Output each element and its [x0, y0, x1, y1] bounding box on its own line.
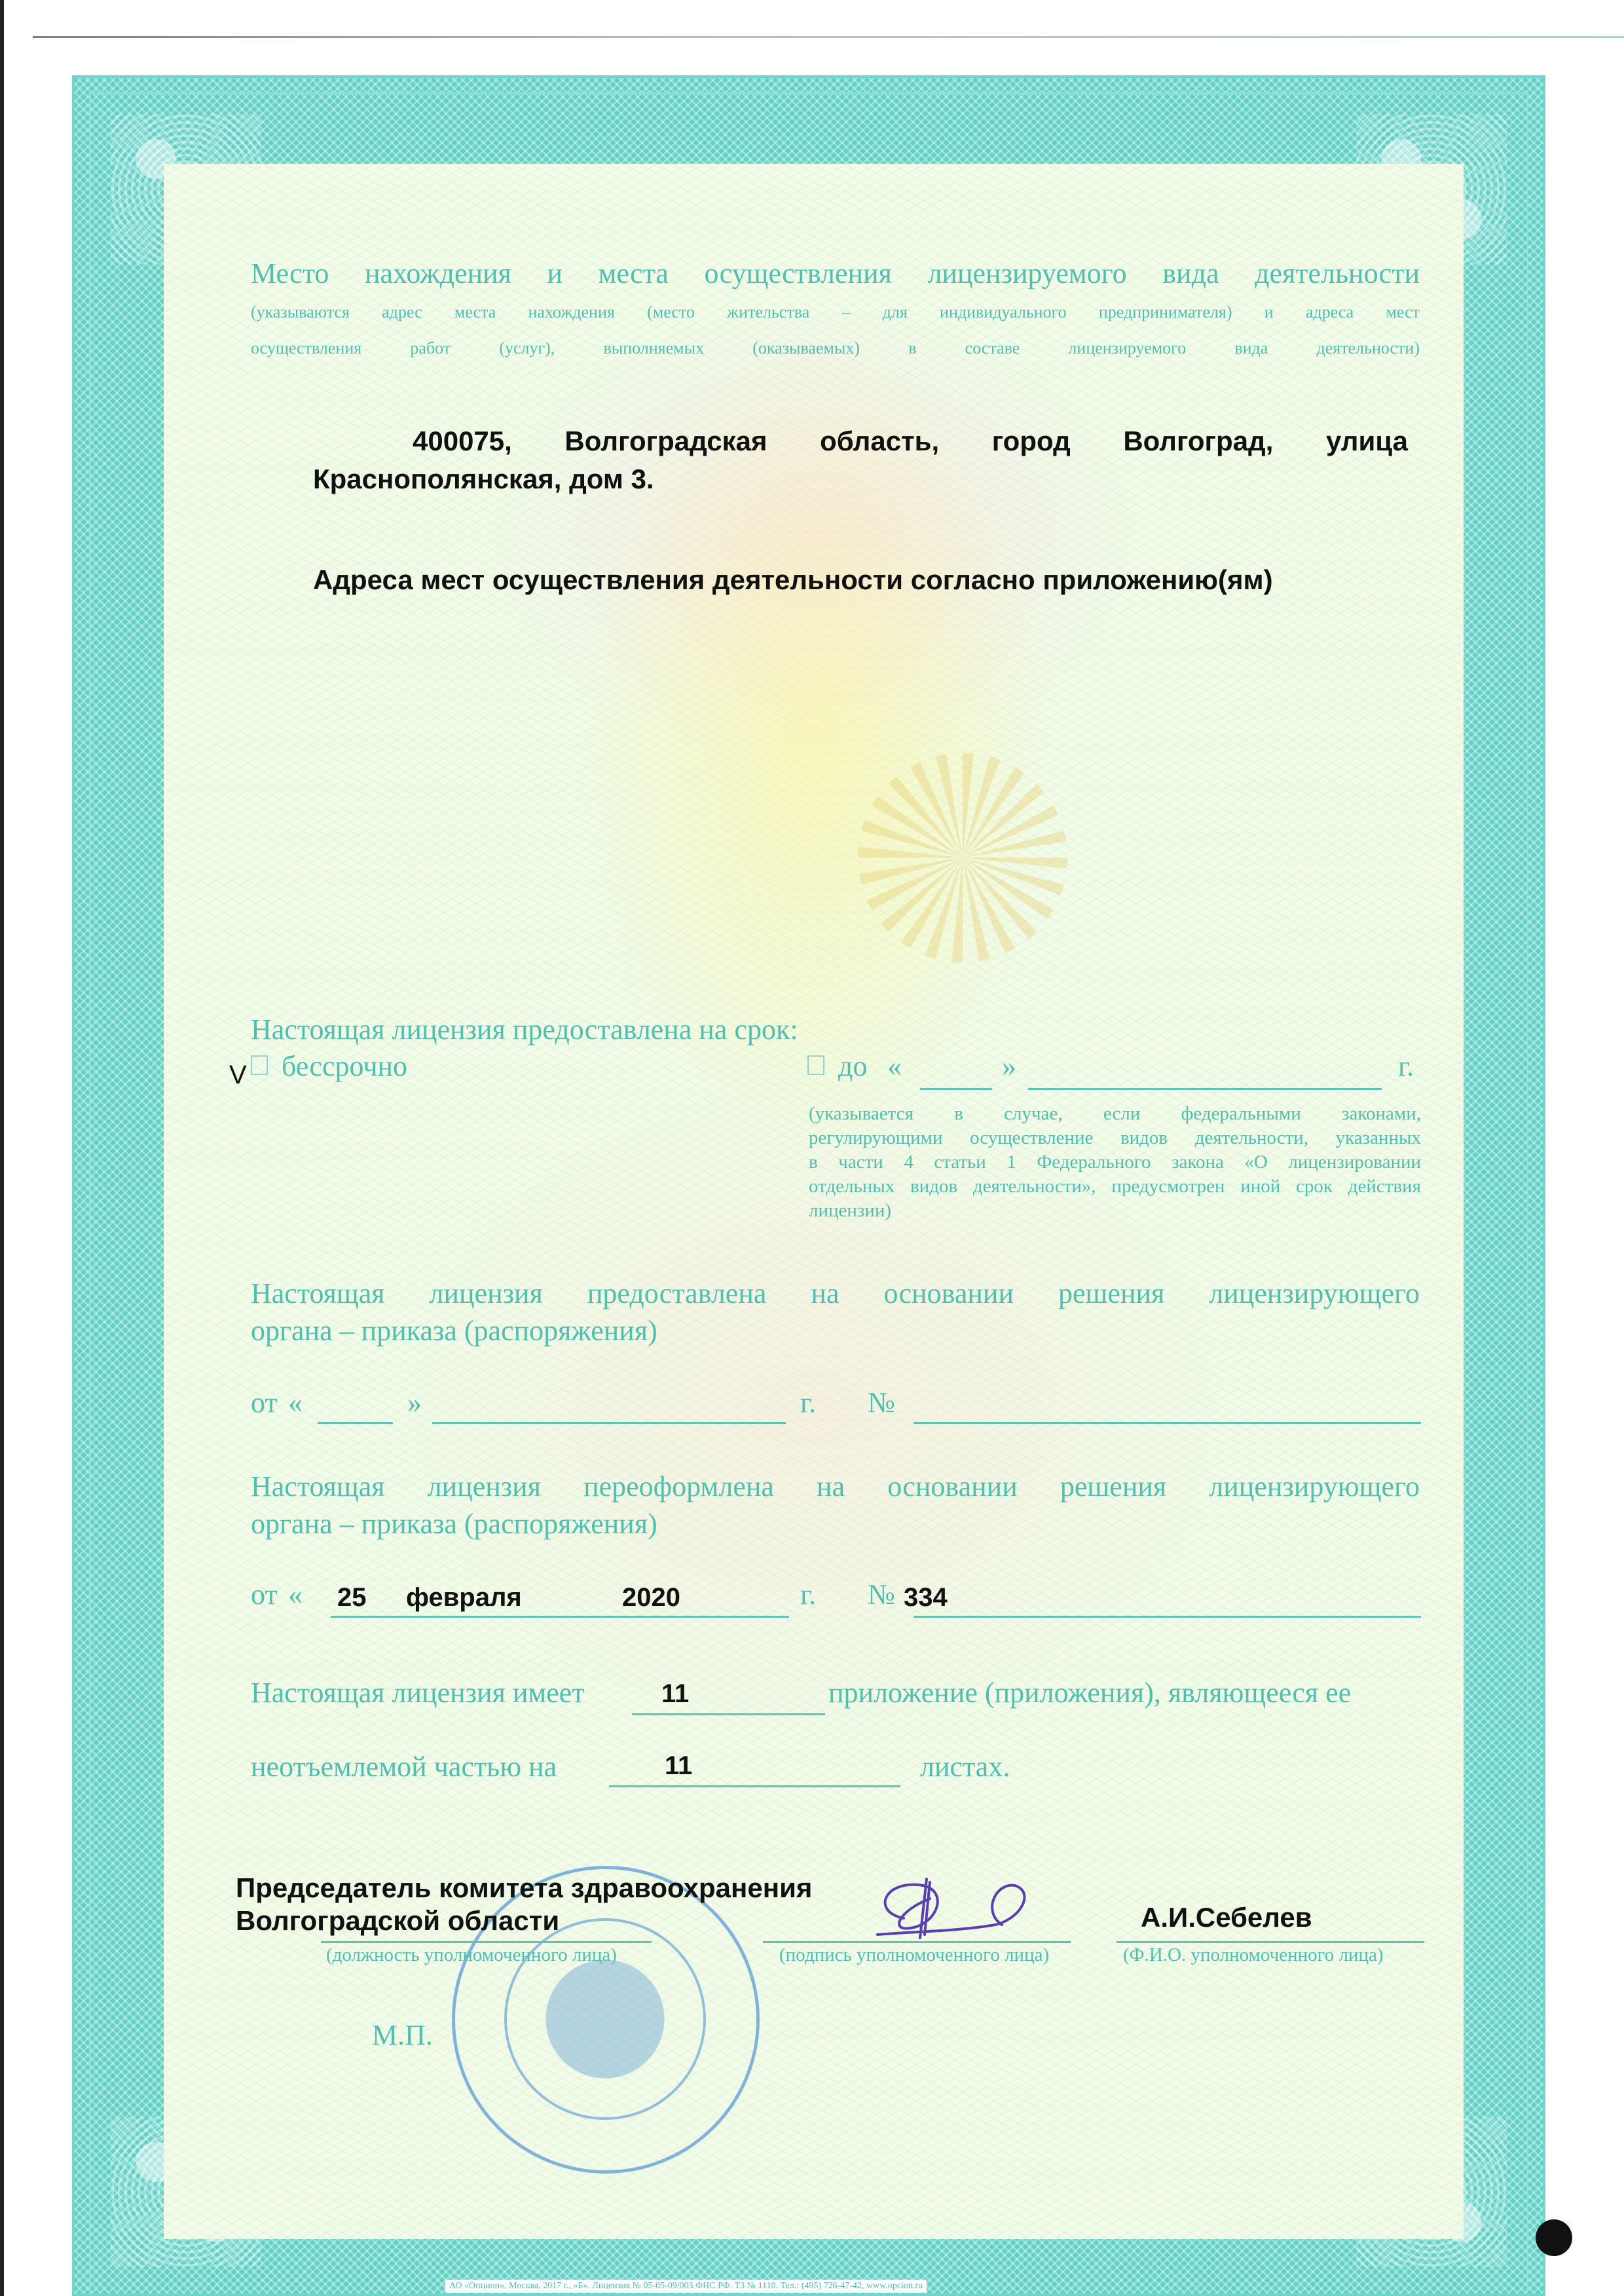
reissued-year-suffix: г.: [800, 1578, 816, 1611]
granted-number-field[interactable]: [913, 1422, 1421, 1424]
security-rosette-icon: [858, 753, 1067, 962]
handwritten-signature-icon: [864, 1872, 1080, 1944]
appendix-line2-prefix: неотъемлемой частью на: [251, 1750, 557, 1783]
location-hint-line1: (указываются адрес места нахождения (мес…: [251, 302, 1420, 322]
caption-name: (Ф.И.О. уполномоченного лица): [1123, 1944, 1384, 1966]
until-quote-close: »: [1002, 1049, 1016, 1083]
appendix-line2-suffix: листах.: [920, 1750, 1010, 1783]
punch-hole: [1536, 2219, 1572, 2256]
until-day-field[interactable]: [920, 1088, 992, 1090]
granted-month-year-field[interactable]: [432, 1422, 786, 1424]
position-field: [321, 1941, 652, 1943]
signatory-position-line1: Председатель комитета здравоохранения: [236, 1872, 812, 1904]
granted-line2: органа – приказа (распоряжения): [251, 1314, 657, 1347]
reissued-number: 334: [904, 1583, 948, 1613]
seal-placeholder-label: М.П.: [372, 2018, 433, 2052]
address-line2: Краснополянская, дом 3.: [313, 464, 654, 495]
appendix-sheets: 11: [665, 1751, 692, 1781]
checkbox-until[interactable]: [807, 1055, 824, 1075]
location-hint-line2: осуществления работ (услуг), выполняемых…: [251, 338, 1420, 358]
option-unlimited-label: бессрочно: [282, 1049, 407, 1083]
option-until-label: до: [838, 1049, 867, 1083]
appendix-line1-prefix: Настоящая лицензия имеет: [251, 1676, 585, 1709]
term-note-line5: лицензии): [809, 1200, 891, 1222]
term-heading: Настоящая лицензия предоставлена на срок…: [251, 1013, 798, 1046]
reissued-from-label: от: [251, 1578, 278, 1611]
granted-year-suffix: г.: [800, 1386, 816, 1419]
reissued-quote-open: «: [288, 1578, 303, 1611]
granted-from-label: от: [251, 1386, 278, 1419]
name-field: [1116, 1941, 1424, 1943]
scan-top-line: [33, 36, 1624, 38]
until-year-suffix: г.: [1398, 1049, 1414, 1083]
scan-edge: [0, 0, 4, 2296]
address-line1: 400075, Волгоградская область, город Вол…: [413, 426, 1408, 457]
granted-quote-open: «: [288, 1386, 303, 1419]
reissued-number-field[interactable]: [913, 1616, 1421, 1618]
reissued-number-label: №: [868, 1578, 895, 1611]
granted-number-label: №: [868, 1386, 895, 1419]
granted-line1: Настоящая лицензия предоставлена на осно…: [251, 1277, 1420, 1310]
reissued-date-field[interactable]: [331, 1616, 789, 1618]
appendix-sheets-field[interactable]: [609, 1785, 900, 1787]
caption-position: (должность уполномоченного лица): [326, 1944, 617, 1966]
signatory-position-line2: Волгоградской области: [236, 1905, 559, 1937]
checkbox-unlimited[interactable]: [251, 1055, 268, 1075]
printer-imprint: АО «Опцион», Москва, 2017 г., «Б». Лицен…: [445, 2280, 927, 2293]
term-note-line1: (указывается в случае, если федеральными…: [809, 1103, 1421, 1125]
until-quote-open: «: [887, 1049, 902, 1083]
term-note-line3: в части 4 статьи 1 Федерального закона «…: [809, 1152, 1421, 1173]
appendix-line1-suffix: приложение (приложения), являющееся ее: [828, 1676, 1351, 1709]
location-heading: Место нахождения и места осуществления л…: [251, 257, 1420, 290]
until-month-year-field[interactable]: [1028, 1088, 1382, 1090]
appendix-count-field[interactable]: [632, 1713, 825, 1715]
activity-addresses: Адреса мест осуществления деятельности с…: [313, 564, 1273, 596]
reissued-line2: органа – приказа (распоряжения): [251, 1507, 657, 1540]
term-note-line2: регулирующими осуществление видов деятел…: [809, 1127, 1421, 1149]
appendix-count: 11: [661, 1679, 689, 1709]
reissued-year: 2020: [622, 1583, 680, 1613]
reissued-line1: Настоящая лицензия переоформлена на осно…: [251, 1470, 1420, 1503]
term-note-line4: отдельных видов деятельности», предусмот…: [809, 1176, 1421, 1197]
signatory-name: А.И.Себелев: [1141, 1902, 1312, 1933]
caption-signature: (подпись уполномоченного лица): [779, 1944, 1049, 1966]
granted-quote-close: »: [407, 1386, 422, 1419]
check-mark: V: [229, 1061, 247, 1090]
reissued-month: февраля: [406, 1583, 522, 1613]
reissued-day: 25: [337, 1583, 367, 1613]
granted-day-field[interactable]: [318, 1422, 393, 1424]
